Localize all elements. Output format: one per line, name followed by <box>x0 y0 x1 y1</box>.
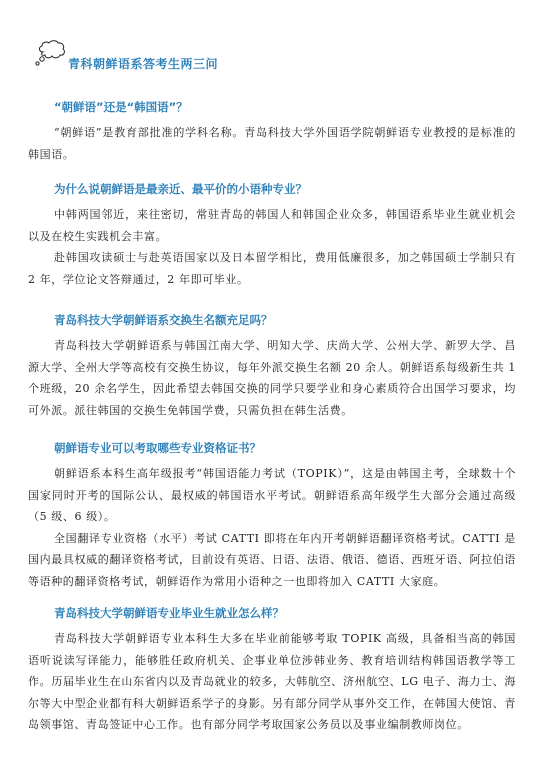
section-paragraph: “朝鲜语”是教育部批准的学科名称。青岛科技大学外国语学院朝鲜语专业教授的是标准的… <box>28 122 516 165</box>
section-question: 为什么说朝鲜语是最亲近、最平价的小语种专业？ <box>28 180 516 198</box>
section-exchange: 青岛科技大学朝鲜语系交换生名额充足吗？ 青岛科技大学朝鲜语系与韩国江南大学、明知… <box>28 311 516 421</box>
section-naming: “朝鲜语”还是“韩国语”？ “朝鲜语”是教育部批准的学科名称。青岛科技大学外国语… <box>28 98 516 165</box>
section-employment: 青岛科技大学朝鲜语专业毕业生就业怎么样？ 青岛科技大学朝鲜语专业本科生大多在毕业… <box>28 604 516 736</box>
section-question: 朝鲜语专业可以考取哪些专业资格证书？ <box>28 439 516 457</box>
section-question: “朝鲜语”还是“韩国语”？ <box>28 98 516 116</box>
section-paragraph: 中韩两国邻近，来往密切，常驻青岛的韩国人和韩国企业众多，韩国语系毕业生就业机会以… <box>28 204 516 247</box>
thought-cloud-icon <box>34 38 68 68</box>
section-certificates: 朝鲜语专业可以考取哪些专业资格证书？ 朝鲜语系本科生高年级报考“韩国语能力考试（… <box>28 439 516 592</box>
section-paragraph: 赴韩国攻读硕士与赴英语国家以及日本留学相比，费用低廉很多，加之韩国硕士学制只有 … <box>28 247 516 290</box>
section-why-korean: 为什么说朝鲜语是最亲近、最平价的小语种专业？ 中韩两国邻近，来往密切，常驻青岛的… <box>28 180 516 290</box>
section-question: 青岛科技大学朝鲜语专业毕业生就业怎么样？ <box>28 604 516 622</box>
section-paragraph: 朝鲜语系本科生高年级报考“韩国语能力考试（TOPIK）”，这是由韩国主考，全球数… <box>28 463 516 528</box>
section-paragraph: 全国翻译专业资格（水平）考试 CATTI 即将在年内开考朝鲜语翻译资格考试。CA… <box>28 528 516 593</box>
section-question: 青岛科技大学朝鲜语系交换生名额充足吗？ <box>28 311 516 329</box>
section-paragraph: 青岛科技大学朝鲜语系与韩国江南大学、明知大学、庆尚大学、公州大学、新罗大学、昌源… <box>28 335 516 421</box>
section-paragraph: 青岛科技大学朝鲜语专业本科生大多在毕业前能够考取 TOPIK 高级，具备相当高的… <box>28 628 516 736</box>
document-title: 青科朝鲜语系答考生两三问 <box>68 55 218 72</box>
